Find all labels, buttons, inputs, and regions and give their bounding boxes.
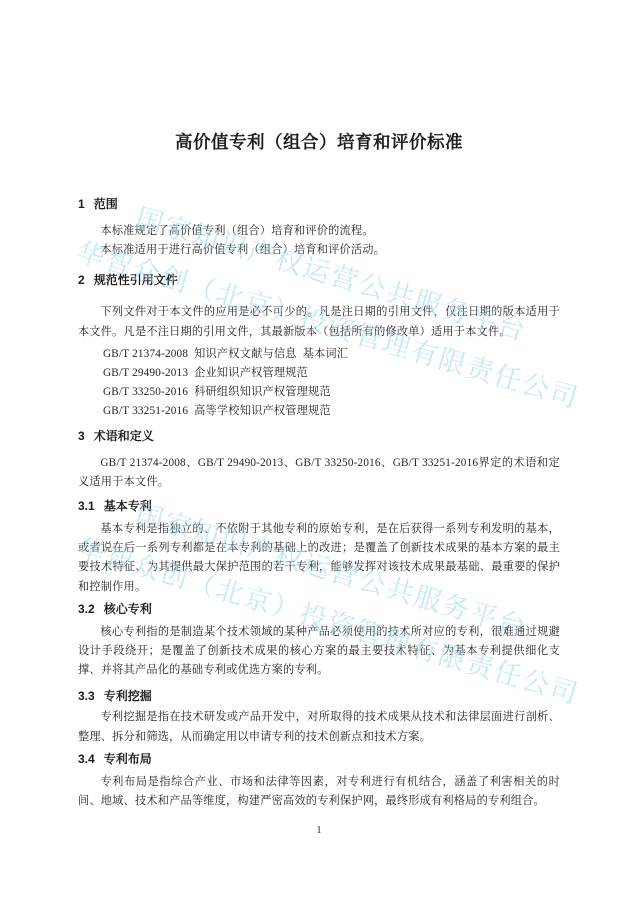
section-heading-3-2: 3.2核心专利 <box>78 601 560 617</box>
section-paragraph: 专利挖掘是指在技术研发或产品开发中，对所取得的技术成果从技术和法律层面进行剖析、… <box>78 708 560 746</box>
section-heading-label: 术语和定义 <box>94 429 154 443</box>
section-heading-2: 2规范性引用文件 <box>78 272 560 288</box>
document-content: 高价值专利（组合）培育和评价标准 1范围 本标准规定了高价值专利（组合）培育和评… <box>78 0 560 837</box>
section-number: 3.4 <box>78 751 95 767</box>
section-heading-3: 3术语和定义 <box>78 428 560 444</box>
section-number: 3.2 <box>78 601 95 617</box>
section-paragraph: 核心专利指的是制造某个技术领域的某种产品必须使用的技术所对应的专利，很难通过规避… <box>78 623 560 681</box>
section-heading-label: 规范性引用文件 <box>94 273 178 287</box>
section-number: 3 <box>78 428 85 444</box>
section-paragraph: 专利布局是指综合产业、市场和法律等因素，对专利进行有机结合，涵盖了利害相关的时间… <box>78 773 560 811</box>
section-number: 2 <box>78 272 85 288</box>
reference-item: GB/T 29490-2013 企业知识产权管理规范 <box>103 364 560 383</box>
section-number: 1 <box>78 196 85 212</box>
section-heading-3-3: 3.3专利挖掘 <box>78 688 560 704</box>
section-paragraph: 本标准规定了高价值专利（组合）培育和评价的流程。 <box>78 222 560 241</box>
section-number: 3.3 <box>78 688 95 704</box>
section-heading-3-4: 3.4专利布局 <box>78 751 560 767</box>
section-paragraph: 基本专利是指独立的、不依附于其他专利的原始专利，是在后获得一系列专利发明的基本，… <box>78 520 560 597</box>
section-heading-3-1: 3.1基本专利 <box>78 498 560 514</box>
page-title: 高价值专利（组合）培育和评价标准 <box>78 0 560 154</box>
section-heading-label: 专利挖掘 <box>104 689 152 703</box>
document-page: 国家知识产权运营公共服务平台 华智众创（北京）投资管理有限责任公司 国家知识产权… <box>0 0 636 900</box>
section-paragraph: 下列文件对于本文件的应用是必不可少的。凡是注日期的引用文件，仅注日期的版本适用于… <box>78 303 560 341</box>
section-paragraph: 本标准适用于进行高价值专利（组合）培育和评价活动。 <box>78 241 560 260</box>
page-number: 1 <box>78 823 560 837</box>
section-heading-1: 1范围 <box>78 196 560 212</box>
reference-item: GB/T 21374-2008 知识产权文献与信息 基本词汇 <box>103 345 560 364</box>
reference-item: GB/T 33251-2016 高等学校知识产权管理规范 <box>103 402 560 421</box>
reference-list: GB/T 21374-2008 知识产权文献与信息 基本词汇 GB/T 2949… <box>78 345 560 422</box>
section-heading-label: 范围 <box>94 197 118 211</box>
reference-item: GB/T 33250-2016 科研组织知识产权管理规范 <box>103 383 560 402</box>
section-number: 3.1 <box>78 498 95 514</box>
section-heading-label: 基本专利 <box>104 499 152 513</box>
section-heading-label: 专利布局 <box>104 752 152 766</box>
section-heading-label: 核心专利 <box>104 602 152 616</box>
section-paragraph: GB/T 21374-2008、GB/T 29490-2013、GB/T 332… <box>78 454 560 492</box>
